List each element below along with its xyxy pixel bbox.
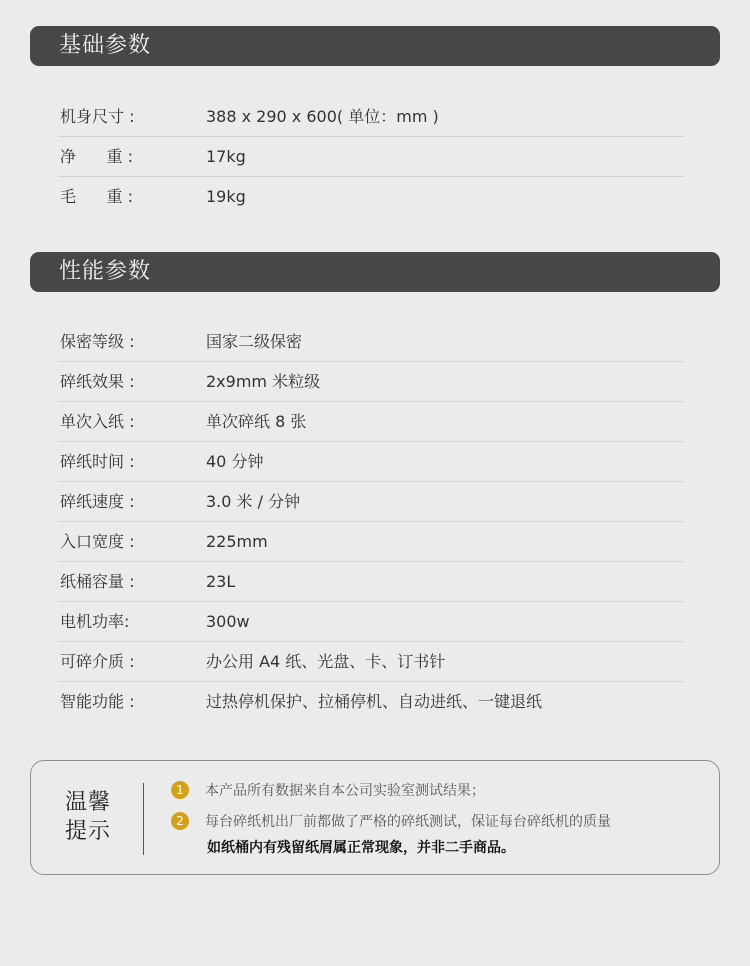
spec-label: 碎纸速度 : xyxy=(60,482,134,521)
spec-value: 300w xyxy=(206,602,250,641)
tips-box: 温馨 提示 1本产品所有数据来自本公司实验室测试结果； 2每台碎纸机出厂前都做了… xyxy=(30,760,720,875)
section-title: 性能参数 xyxy=(59,259,151,284)
spec-value: 388 x 290 x 600( 单位：mm ) xyxy=(206,97,439,136)
spec-label: 单次入纸 : xyxy=(60,402,134,441)
spec-value: 办公用 A4 纸、光盘、卡、订书针 xyxy=(206,642,445,681)
spec-row-security-level: 保密等级 : 国家二级保密 xyxy=(58,322,684,362)
spec-value: 17kg xyxy=(206,137,246,176)
tip-emphasis: 如纸桶内有残留纸屑属正常现象，并非二手商品。 xyxy=(207,837,515,857)
tips-divider xyxy=(143,783,144,855)
spec-value: 过热停机保护、拉桶停机、自动进纸、一键退纸 xyxy=(206,682,542,721)
spec-row-media: 可碎介质 : 办公用 A4 纸、光盘、卡、订书针 xyxy=(58,642,684,682)
spec-label: 智能功能 : xyxy=(60,682,134,721)
spec-row-run-time: 碎纸时间 : 40 分钟 xyxy=(58,442,684,482)
tips-title-line1: 温馨 xyxy=(65,788,121,817)
spec-row-motor-power: 电机功率: 300w xyxy=(58,602,684,642)
spec-row-smart-functions: 智能功能 : 过热停机保护、拉桶停机、自动进纸、一键退纸 xyxy=(58,682,684,721)
tip-text: 每台碎纸机出厂前都做了严格的碎纸测试，保证每台碎纸机的质量 xyxy=(205,814,611,830)
spec-label: 入口宽度 : xyxy=(60,522,134,561)
tips-title: 温馨 提示 xyxy=(65,788,121,846)
tips-title-line2: 提示 xyxy=(65,817,121,846)
section-header-basic: 基础参数 xyxy=(30,26,720,66)
basic-spec-list: 机身尺寸 : 388 x 290 x 600( 单位：mm ) 净 重 : 17… xyxy=(58,97,684,216)
spec-row-shred-effect: 碎纸效果 : 2x9mm 米粒级 xyxy=(58,362,684,402)
spec-label: 毛 重 : xyxy=(60,177,133,216)
spec-row-speed: 碎纸速度 : 3.0 米 / 分钟 xyxy=(58,482,684,522)
tip-item-2: 2每台碎纸机出厂前都做了严格的碎纸测试，保证每台碎纸机的质量 xyxy=(171,811,611,831)
spec-value: 2x9mm 米粒级 xyxy=(206,362,320,401)
spec-value: 单次碎纸 8 张 xyxy=(206,402,306,441)
spec-row-entry-width: 入口宽度 : 225mm xyxy=(58,522,684,562)
section-title: 基础参数 xyxy=(59,33,151,58)
number-badge-icon: 1 xyxy=(171,781,189,799)
section-header-performance: 性能参数 xyxy=(30,252,720,292)
number-badge-icon: 2 xyxy=(171,812,189,830)
spec-value: 225mm xyxy=(206,522,268,561)
spec-row-net-weight: 净 重 : 17kg xyxy=(58,137,684,177)
spec-label: 净 重 : xyxy=(60,137,133,176)
performance-spec-list: 保密等级 : 国家二级保密 碎纸效果 : 2x9mm 米粒级 单次入纸 : 单次… xyxy=(58,322,684,721)
spec-value: 40 分钟 xyxy=(206,442,263,481)
spec-value: 国家二级保密 xyxy=(206,322,302,361)
spec-label: 可碎介质 : xyxy=(60,642,134,681)
spec-label: 碎纸效果 : xyxy=(60,362,134,401)
spec-label: 电机功率: xyxy=(60,602,129,641)
spec-row-sheet-capacity: 单次入纸 : 单次碎纸 8 张 xyxy=(58,402,684,442)
tip-text: 本产品所有数据来自本公司实验室测试结果； xyxy=(205,783,485,799)
tip-item-1: 1本产品所有数据来自本公司实验室测试结果； xyxy=(171,780,485,800)
spec-value: 23L xyxy=(206,562,235,601)
spec-row-dimensions: 机身尺寸 : 388 x 290 x 600( 单位：mm ) xyxy=(58,97,684,137)
spec-label: 保密等级 : xyxy=(60,322,134,361)
spec-row-bin-capacity: 纸桶容量 : 23L xyxy=(58,562,684,602)
spec-row-gross-weight: 毛 重 : 19kg xyxy=(58,177,684,216)
spec-label: 机身尺寸 : xyxy=(60,97,134,136)
spec-label: 纸桶容量 : xyxy=(60,562,134,601)
spec-label: 碎纸时间 : xyxy=(60,442,134,481)
spec-value: 3.0 米 / 分钟 xyxy=(206,482,300,521)
spec-value: 19kg xyxy=(206,177,246,216)
